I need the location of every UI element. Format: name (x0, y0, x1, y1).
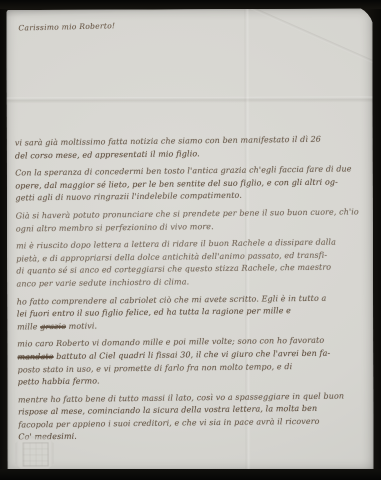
embossed-stamp (16, 436, 54, 470)
embossed-stamp-pattern (23, 442, 49, 466)
handwritten-text: di quanto sé si anco ed corteggiarsi che… (16, 263, 331, 276)
letter-paragraph: ho fatto comprendere al cabriolet ciò ch… (17, 292, 369, 334)
letter-paragraph: mentre ho fatto bene di tutto massi il l… (18, 390, 371, 445)
letter-body: vi sarà già moltissimo fatta notizia che… (15, 133, 371, 449)
handwritten-text: anco per varie sedute inchiostro di clim… (16, 277, 189, 288)
handwritten-text: facopola per appieno i suoi creditori, e… (18, 417, 319, 430)
scan-background: Carissimo mio Roberto! vi sarà già molti… (0, 0, 381, 480)
letter-paragraph: vi sarà già moltissimo fatta notizia che… (15, 133, 367, 162)
handwritten-text: getti agli di nuovo ringrazii l'indelebi… (15, 191, 242, 203)
handwritten-text: mi è riuscito dopo lettera a lettera di … (16, 238, 336, 251)
handwritten-text: ogni altro membro si perfezionino di viv… (16, 222, 214, 233)
handwritten-text: posto stato in uso, e vi promette di far… (18, 362, 293, 374)
handwritten-text: Con la speranza di concedermi ben tosto … (15, 165, 352, 178)
handwritten-text: ho fatto comprendere al cabriolet ciò ch… (17, 293, 327, 306)
handwritten-text: petto habbia fermo. (18, 377, 100, 387)
letter-paragraph: mi è riuscito dopo lettera a lettera di … (16, 236, 369, 291)
letter-paragraph: Con la speranza di concedermi ben tosto … (15, 163, 367, 205)
handwritten-text: mille (17, 322, 40, 331)
struck-out-word: grazie (40, 322, 66, 331)
handwritten-text: pietà, e di appropriarsi della dolce ant… (16, 250, 327, 263)
handwritten-text: vi sarà già moltissimo fatta notizia che… (15, 135, 321, 148)
scan-bottom-border (0, 469, 381, 480)
corner-crease (246, 4, 381, 67)
letter-paragraph: Già si haverà potuto pronunciare che si … (16, 206, 368, 235)
handwritten-text: Già si haverà potuto pronunciare che si … (16, 207, 359, 220)
handwritten-text: lei fuori entro il suo figlio felice, ed… (17, 306, 291, 318)
handwritten-text: motivi. (66, 321, 97, 330)
handwritten-text: opere, dal maggior sé lieto, per le ben … (15, 177, 338, 190)
letter-paragraph: mio caro Roberto vi domando mille e poi … (17, 334, 370, 389)
struck-out-word: mandato (17, 352, 53, 361)
handwritten-text: battuto al Ciel quadri li fissai 30, il … (53, 349, 330, 361)
handwritten-text: rispose al mese, cominciando la sicura d… (18, 404, 317, 417)
handwritten-text: del corso mese, ed appresentati il mio f… (15, 149, 200, 160)
horizontal-fold-crease (7, 97, 373, 104)
salutation: Carissimo mio Roberto! (18, 21, 115, 32)
handwritten-text: mio caro Roberto vi domando mille e poi … (17, 336, 324, 349)
handwritten-text: mentre ho fatto bene di tutto massi il l… (18, 391, 344, 404)
scan-top-border (0, 0, 381, 9)
letter-paper: Carissimo mio Roberto! vi sarà già molti… (6, 9, 373, 471)
